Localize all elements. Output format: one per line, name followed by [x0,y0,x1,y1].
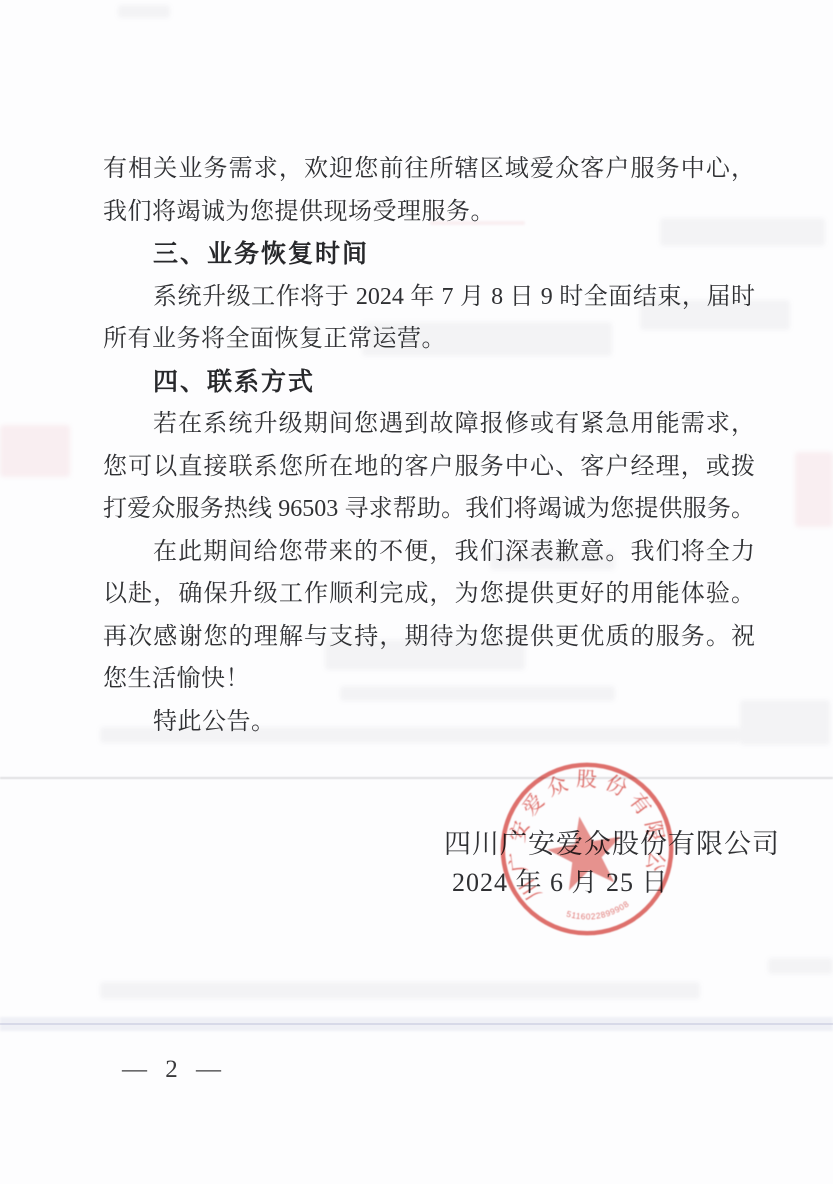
seal-serial-number: 5116022899908 [564,898,633,926]
document-line: 系统升级工作将于 2024 年 7 月 8 日 9 时全面结束，届时 [103,276,755,319]
scan-fold-line [0,777,833,779]
document-line: 有相关业务需求，欢迎您前往所辖区域爱众客户服务中心， [103,148,755,191]
document-line: 四、联系方式 [103,361,755,404]
document-line: 我们将竭诚为您提供现场受理服务。 [103,191,755,234]
bleedthrough-smudge [118,5,170,18]
document-body: 有相关业务需求，欢迎您前往所辖区域爱众客户服务中心， 我们将竭诚为您提供现场受理… [103,148,755,743]
document-line: 所有业务将全面恢复正常运营。 [103,318,755,361]
document-line: 再次感谢您的理解与支持，期待为您提供更优质的服务。祝 [103,616,755,659]
document-line: 三、业务恢复时间 [103,233,755,276]
document-line: 您生活愉快！ [103,658,755,701]
bleedthrough-smudge [768,958,833,974]
company-seal-stamp: 四川广安爱众股份有限公司 5116022899908 [492,756,682,942]
document-line: 若在系统升级期间您遇到故障报修或有紧急用能需求， [103,403,755,446]
page-number: — 2 — [122,1056,227,1084]
document-line: 您可以直接联系您所在地的客户服务中心、客户经理，或拨 [103,446,755,489]
bleedthrough-smudge [100,982,700,999]
document-line: 特此公告。 [103,701,755,744]
seal-star-icon [543,810,629,893]
bleedthrough-smudge-pink [0,425,70,477]
scan-fold-line [0,1023,833,1025]
scanned-document-page: 有相关业务需求，欢迎您前往所辖区域爱众客户服务中心， 我们将竭诚为您提供现场受理… [0,0,833,1184]
document-line: 打爱众服务热线 96503 寻求帮助。我们将竭诚为您提供服务。 [103,488,755,531]
document-line: 在此期间给您带来的不便，我们深表歉意。我们将全力 [103,531,755,574]
bleedthrough-smudge-pink [795,452,833,527]
document-line: 以赴，确保升级工作顺利完成，为您提供更好的用能体验。 [103,573,755,616]
